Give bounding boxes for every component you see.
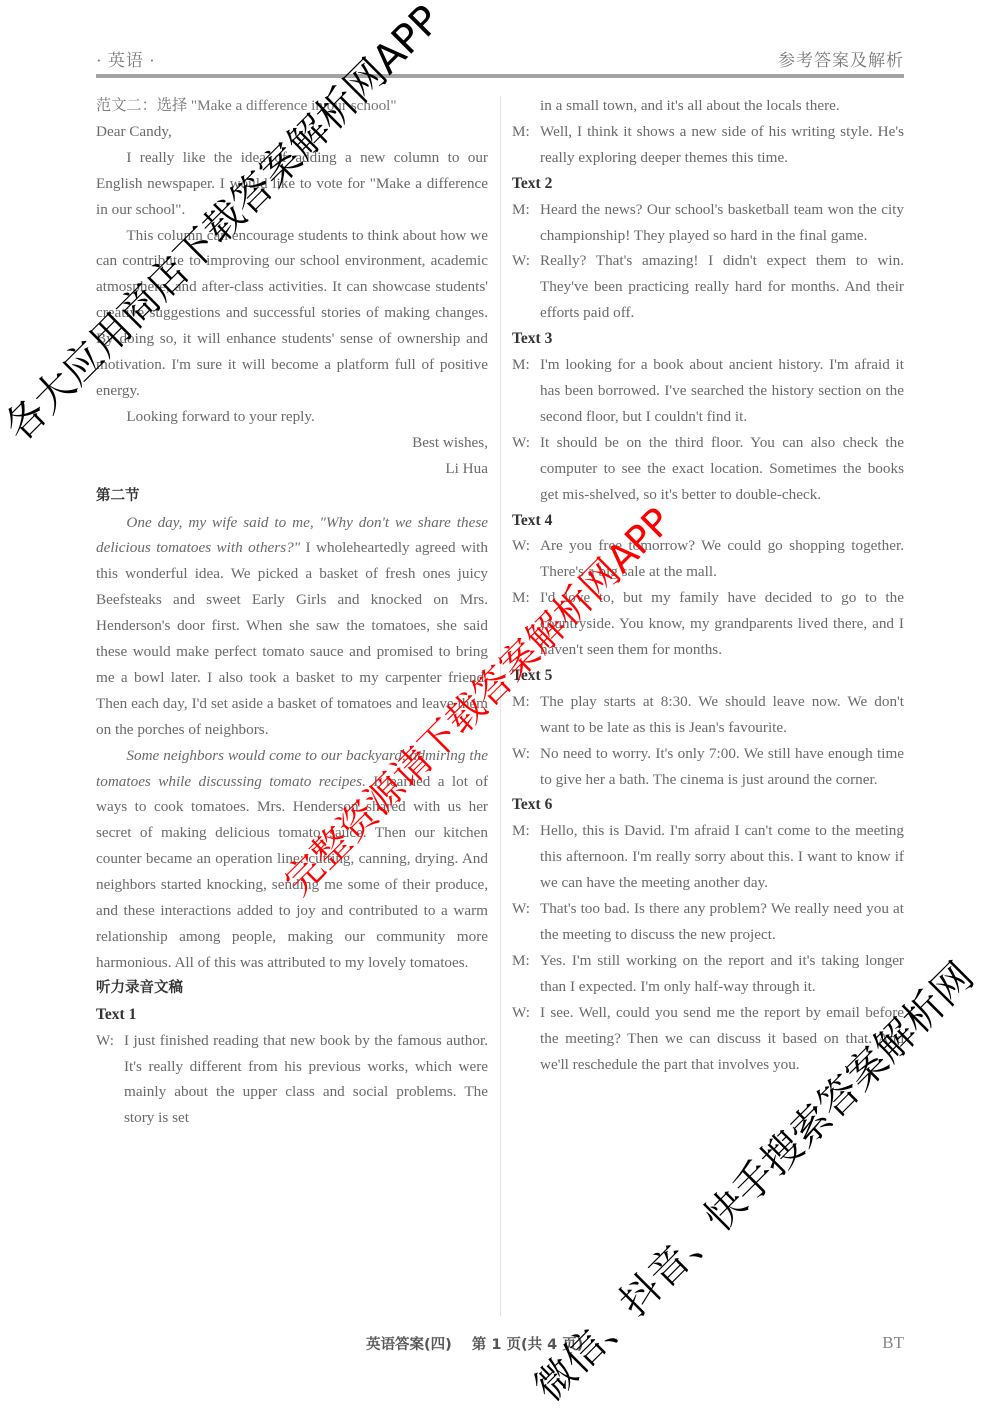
speech-text: I'm looking for a book about ancient his… bbox=[540, 352, 904, 430]
speech-text: Well, I think it shows a new side of his… bbox=[540, 119, 904, 171]
speech-text: Really? That's amazing! I didn't expect … bbox=[540, 248, 904, 326]
dialogue-line: M:Heard the news? Our school's basketbal… bbox=[512, 197, 904, 249]
text-heading: Text 6 bbox=[512, 792, 904, 818]
dialogue-line: M:Hello, this is David. I'm afraid I can… bbox=[512, 818, 904, 896]
section2-p1-rest: I wholeheartedly agreed with this wonder… bbox=[96, 539, 488, 737]
text-heading: Text 5 bbox=[512, 663, 904, 689]
footer-code: BT bbox=[882, 1333, 904, 1353]
section2-heading: 第二节 bbox=[96, 484, 488, 510]
speaker-label: M: bbox=[512, 948, 540, 1000]
speech-text: Hello, this is David. I'm afraid I can't… bbox=[540, 818, 904, 896]
speaker-label: W: bbox=[96, 1028, 124, 1132]
speaker-label: M: bbox=[512, 585, 540, 663]
speech-text: Yes. I'm still working on the report and… bbox=[540, 948, 904, 1000]
text-heading: Text 3 bbox=[512, 326, 904, 352]
dialogue-line: M:Yes. I'm still working on the report a… bbox=[512, 948, 904, 1000]
header-rule bbox=[96, 74, 904, 78]
section2-paragraph-2: Some neighbors would come to our backyar… bbox=[96, 743, 488, 976]
speaker-label: M: bbox=[512, 352, 540, 430]
speech-text: I'd love to, but my family have decided … bbox=[540, 585, 904, 663]
essay-paragraph-2: This column can encourage students to th… bbox=[96, 223, 488, 404]
speech-text: It should be on the third floor. You can… bbox=[540, 430, 904, 508]
speech-text: I see. Well, could you send me the repor… bbox=[540, 1000, 904, 1078]
text-heading: Text 4 bbox=[512, 508, 904, 534]
speaker-label: W: bbox=[512, 533, 540, 585]
speaker-label: W: bbox=[512, 741, 540, 793]
speaker-label: M: bbox=[512, 689, 540, 741]
dialogue-line: W:That's too bad. Is there any problem? … bbox=[512, 896, 904, 948]
speech-text: The play starts at 8:30. We should leave… bbox=[540, 689, 904, 741]
right-column: in a small town, and it's all about the … bbox=[512, 93, 904, 1077]
dialogue-line: W:Are you free tomorrow? We could go sho… bbox=[512, 533, 904, 585]
signature: Li Hua bbox=[96, 456, 488, 482]
dialogue-line: W:No need to worry. It's only 7:00. We s… bbox=[512, 741, 904, 793]
speech-text: in a small town, and it's all about the … bbox=[540, 93, 904, 119]
page-header: · 英语 · 参考答案及解析 bbox=[96, 44, 904, 74]
speaker-label: W: bbox=[512, 248, 540, 326]
section2-paragraph-1: One day, my wife said to me, "Why don't … bbox=[96, 510, 488, 743]
dialogue-line: M:I'd love to, but my family have decide… bbox=[512, 585, 904, 663]
page-footer: 英语答案(四)第 1 页(共 4 页) bbox=[366, 1333, 583, 1354]
speaker-label: M: bbox=[512, 818, 540, 896]
essay-paragraph-1: I really like the idea of adding a new c… bbox=[96, 145, 488, 223]
essay-title: 范文二：选择 "Make a difference in our school" bbox=[96, 93, 488, 119]
speaker-label: W: bbox=[512, 896, 540, 948]
salutation: Dear Candy, bbox=[96, 119, 488, 145]
section-title: 参考答案及解析 bbox=[778, 46, 904, 71]
footer-doc-title: 英语答案(四) bbox=[366, 1337, 452, 1353]
text1-m-line: M: Well, I think it shows a new side of … bbox=[512, 119, 904, 171]
speaker-label: W: bbox=[512, 1000, 540, 1078]
closing: Best wishes, bbox=[96, 430, 488, 456]
dialogue-line: M:The play starts at 8:30. We should lea… bbox=[512, 689, 904, 741]
speech-text: I just finished reading that new book by… bbox=[124, 1028, 488, 1132]
subject-label: · 英语 · bbox=[96, 46, 156, 71]
speaker-label: W: bbox=[512, 430, 540, 508]
section2-p2-rest: I learned a lot of ways to cook tomatoes… bbox=[96, 773, 488, 971]
listening-heading: 听力录音文稿 bbox=[96, 976, 488, 1002]
speech-text: Are you free tomorrow? We could go shopp… bbox=[540, 533, 904, 585]
footer-page-info: 第 1 页(共 4 页) bbox=[472, 1337, 584, 1353]
text1-heading: Text 1 bbox=[96, 1002, 488, 1028]
dialogue-line: W:It should be on the third floor. You c… bbox=[512, 430, 904, 508]
speech-text: That's too bad. Is there any problem? We… bbox=[540, 896, 904, 948]
speaker-label: M: bbox=[512, 119, 540, 171]
text1-continued: in a small town, and it's all about the … bbox=[512, 93, 904, 119]
text-heading: Text 2 bbox=[512, 171, 904, 197]
dialogue-line: M:I'm looking for a book about ancient h… bbox=[512, 352, 904, 430]
speech-text: No need to worry. It's only 7:00. We sti… bbox=[540, 741, 904, 793]
dialogue-line: W:Really? That's amazing! I didn't expec… bbox=[512, 248, 904, 326]
speaker-label: M: bbox=[512, 197, 540, 249]
left-column: 范文二：选择 "Make a difference in our school"… bbox=[96, 93, 488, 1131]
speech-text: Heard the news? Our school's basketball … bbox=[540, 197, 904, 249]
essay-paragraph-3: Looking forward to your reply. bbox=[96, 404, 488, 430]
dialogue-line: W:I see. Well, could you send me the rep… bbox=[512, 1000, 904, 1078]
column-divider bbox=[500, 96, 501, 1316]
text1-w-line: W: I just finished reading that new book… bbox=[96, 1028, 488, 1132]
listening-texts: Text 2M:Heard the news? Our school's bas… bbox=[512, 171, 904, 1078]
